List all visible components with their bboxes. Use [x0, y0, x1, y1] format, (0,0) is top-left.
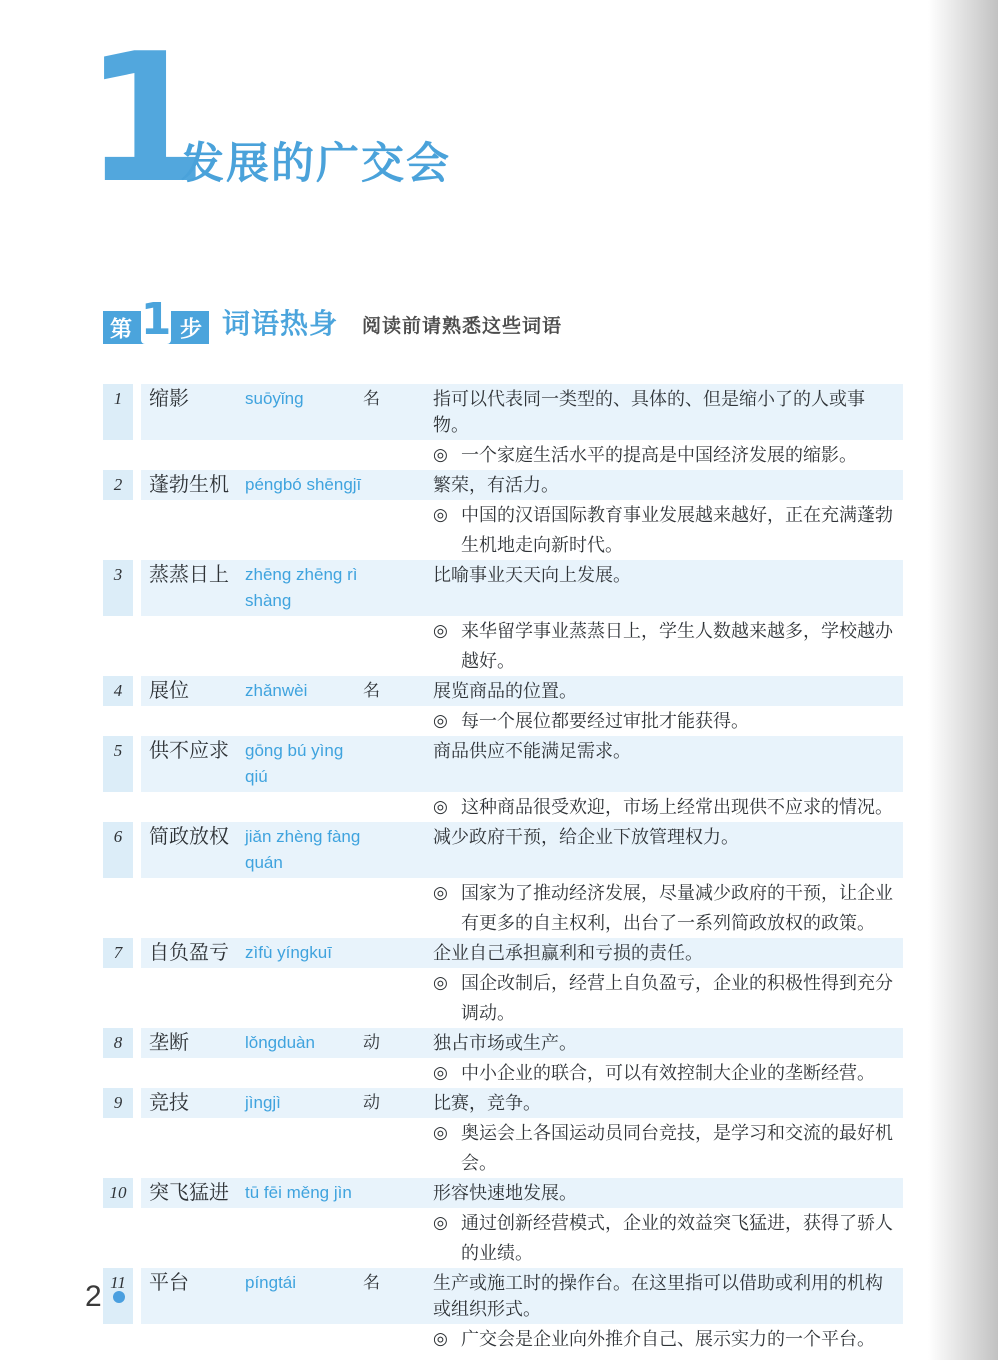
vocab-entry-row: 8 垄断 lǒngduàn 动 独占市场或生产。 — [103, 1028, 903, 1058]
entry-definition: 展览商品的位置。 — [433, 678, 903, 704]
vocab-entry: 4 展位 zhǎnwèi 名 展览商品的位置。 ◎ 每一个展位都要经过审批才能获… — [103, 676, 903, 736]
entry-band: 简政放权 jiǎn zhèng fàng quán 减少政府干预，给企业下放管理… — [141, 822, 903, 878]
entry-number: 7 — [114, 941, 123, 965]
entry-word: 垄断 — [149, 1030, 245, 1056]
entry-examples: ◎ 一个家庭生活水平的提高是中国经济发展的缩影。 — [433, 440, 903, 470]
entry-pinyin: zhǎnwèi — [245, 678, 363, 704]
entry-pinyin: jiǎn zhèng fàng quán — [245, 824, 363, 876]
example-sentence: ◎ 一个家庭生活水平的提高是中国经济发展的缩影。 — [433, 440, 903, 470]
entry-number-box: 5 — [103, 736, 133, 792]
entry-number: 3 — [114, 563, 123, 587]
vocab-entry: 6 简政放权 jiǎn zhèng fàng quán 减少政府干预，给企业下放… — [103, 822, 903, 938]
entry-definition: 繁荣，有活力。 — [433, 472, 903, 498]
example-sentence: ◎ 中国的汉语国际教育事业发展越来越好，正在充满蓬勃生机地走向新时代。 — [433, 500, 903, 560]
entry-part-of-speech: 名 — [363, 1270, 433, 1296]
entry-examples: ◎ 每一个展位都要经过审批才能获得。 — [433, 706, 903, 736]
example-sentence: ◎ 每一个展位都要经过审批才能获得。 — [433, 706, 903, 736]
entry-pinyin: píngtái — [245, 1270, 363, 1296]
entry-band: 蓬勃生机 péngbó shēngjī 繁荣，有活力。 — [141, 470, 903, 500]
entry-band: 自负盈亏 zìfù yíngkuī 企业自己承担赢利和亏损的责任。 — [141, 938, 903, 968]
entry-examples: ◎ 这种商品很受欢迎，市场上经常出现供不应求的情况。 — [433, 792, 903, 822]
entry-word: 缩影 — [149, 386, 245, 412]
vocab-entry-row: 2 蓬勃生机 péngbó shēngjī 繁荣，有活力。 — [103, 470, 903, 500]
example-text: 国家为了推动经济发展，尽量减少政府的干预，让企业有更多的自主权利，出台了一系列简… — [461, 878, 903, 938]
entry-band: 突飞猛进 tū fēi měng jìn 形容快速地发展。 — [141, 1178, 903, 1208]
vocab-list: 1 缩影 suōyǐng 名 指可以代表同一类型的、具体的、但是缩小了的人或事物… — [103, 384, 903, 1354]
entry-band: 供不应求 gōng bú yìng qiú 商品供应不能满足需求。 — [141, 736, 903, 792]
entry-word: 蓬勃生机 — [149, 472, 245, 498]
entry-band: 缩影 suōyǐng 名 指可以代表同一类型的、具体的、但是缩小了的人或事物。 — [141, 384, 903, 440]
vocab-entry-row: 4 展位 zhǎnwèi 名 展览商品的位置。 — [103, 676, 903, 706]
chapter-title: 发展的广交会 — [181, 130, 451, 191]
entry-pinyin: péngbó shēngjī — [245, 472, 363, 498]
entry-definition: 独占市场或生产。 — [433, 1030, 903, 1056]
entry-word: 竞技 — [149, 1090, 245, 1116]
step-header: 第 1 步 词语热身 阅读前请熟悉这些词语 — [103, 289, 562, 344]
example-marker-icon: ◎ — [433, 968, 461, 1028]
step-subtitle: 阅读前请熟悉这些词语 — [362, 311, 562, 344]
entry-number: 8 — [114, 1031, 123, 1055]
entry-number-box: 1 — [103, 384, 133, 440]
example-marker-icon: ◎ — [433, 706, 461, 736]
vocab-entry: 5 供不应求 gōng bú yìng qiú 商品供应不能满足需求。 ◎ 这种… — [103, 736, 903, 822]
entry-word: 突飞猛进 — [149, 1180, 245, 1206]
entry-word: 蒸蒸日上 — [149, 562, 245, 588]
vocab-entry-row: 7 自负盈亏 zìfù yíngkuī 企业自己承担赢利和亏损的责任。 — [103, 938, 903, 968]
vocab-entry: 8 垄断 lǒngduàn 动 独占市场或生产。 ◎ 中小企业的联合，可以有效控… — [103, 1028, 903, 1088]
example-marker-icon: ◎ — [433, 1208, 461, 1268]
example-marker-icon: ◎ — [433, 440, 461, 470]
example-text: 这种商品很受欢迎，市场上经常出现供不应求的情况。 — [461, 792, 903, 822]
entry-definition: 形容快速地发展。 — [433, 1180, 903, 1206]
example-sentence: ◎ 中小企业的联合，可以有效控制大企业的垄断经营。 — [433, 1058, 903, 1088]
entry-examples: ◎ 国家为了推动经济发展，尽量减少政府的干预，让企业有更多的自主权利，出台了一系… — [433, 878, 903, 938]
entry-word: 自负盈亏 — [149, 940, 245, 966]
vocab-entry: 11 平台 píngtái 名 生产或施工时的操作台。在这里指可以借助或利用的机… — [103, 1268, 903, 1354]
step-badge: 第 1 步 — [103, 311, 209, 344]
example-text: 国企改制后，经营上自负盈亏，企业的积极性得到充分调动。 — [461, 968, 903, 1028]
vocab-entry: 10 突飞猛进 tū fēi měng jìn 形容快速地发展。 ◎ 通过创新经… — [103, 1178, 903, 1268]
entry-band: 竞技 jìngjì 动 比赛，竞争。 — [141, 1088, 903, 1118]
entry-examples: ◎ 来华留学事业蒸蒸日上，学生人数越来越多，学校越办越好。 — [433, 616, 903, 676]
entry-definition: 比喻事业天天向上发展。 — [433, 562, 903, 588]
entry-examples: ◎ 奥运会上各国运动员同台竞技，是学习和交流的最好机会。 — [433, 1118, 903, 1178]
vocab-entry-row: 3 蒸蒸日上 zhēng zhēng rì shàng 比喻事业天天向上发展。 — [103, 560, 903, 616]
example-marker-icon: ◎ — [433, 1058, 461, 1088]
example-text: 中小企业的联合，可以有效控制大企业的垄断经营。 — [461, 1058, 903, 1088]
entry-examples: ◎ 通过创新经营模式，企业的效益突飞猛进，获得了骄人的业绩。 — [433, 1208, 903, 1268]
example-marker-icon: ◎ — [433, 1324, 461, 1354]
entry-number-box: 10 — [103, 1178, 133, 1208]
entry-definition: 指可以代表同一类型的、具体的、但是缩小了的人或事物。 — [433, 386, 903, 438]
entry-number-box: 7 — [103, 938, 133, 968]
example-text: 广交会是企业向外推介自己、展示实力的一个平台。 — [461, 1324, 903, 1354]
example-text: 每一个展位都要经过审批才能获得。 — [461, 706, 903, 736]
vocab-entry-row: 5 供不应求 gōng bú yìng qiú 商品供应不能满足需求。 — [103, 736, 903, 792]
entry-pinyin: suōyǐng — [245, 386, 363, 412]
entry-band: 垄断 lǒngduàn 动 独占市场或生产。 — [141, 1028, 903, 1058]
entry-pinyin: lǒngduàn — [245, 1030, 363, 1056]
example-sentence: ◎ 通过创新经营模式，企业的效益突飞猛进，获得了骄人的业绩。 — [433, 1208, 903, 1268]
example-text: 通过创新经营模式，企业的效益突飞猛进，获得了骄人的业绩。 — [461, 1208, 903, 1268]
entry-band: 展位 zhǎnwèi 名 展览商品的位置。 — [141, 676, 903, 706]
entry-pinyin: gōng bú yìng qiú — [245, 738, 363, 790]
entry-part-of-speech: 名 — [363, 386, 433, 412]
entry-pinyin: zhēng zhēng rì shàng — [245, 562, 363, 614]
entry-word: 展位 — [149, 678, 245, 704]
entry-pinyin: tū fēi měng jìn — [245, 1180, 363, 1206]
step-suffix: 步 — [180, 312, 202, 343]
entry-number-box: 9 — [103, 1088, 133, 1118]
textbook-page: 1 发展的广交会 第 1 步 词语热身 阅读前请熟悉这些词语 1 缩影 suōy… — [0, 0, 998, 1360]
entry-number: 4 — [114, 679, 123, 703]
example-sentence: ◎ 国企改制后，经营上自负盈亏，企业的积极性得到充分调动。 — [433, 968, 903, 1028]
example-sentence: ◎ 广交会是企业向外推介自己、展示实力的一个平台。 — [433, 1324, 903, 1354]
vocab-entry-row: 11 平台 píngtái 名 生产或施工时的操作台。在这里指可以借助或利用的机… — [103, 1268, 903, 1324]
entry-number: 1 — [114, 387, 123, 411]
vocab-entry: 2 蓬勃生机 péngbó shēngjī 繁荣，有活力。 ◎ 中国的汉语国际教… — [103, 470, 903, 560]
page-number: 2 — [85, 1280, 102, 1314]
example-sentence: ◎ 国家为了推动经济发展，尽量减少政府的干预，让企业有更多的自主权利，出台了一系… — [433, 878, 903, 938]
entry-examples: ◎ 国企改制后，经营上自负盈亏，企业的积极性得到充分调动。 — [433, 968, 903, 1028]
entry-band: 平台 píngtái 名 生产或施工时的操作台。在这里指可以借助或利用的机构或组… — [141, 1268, 903, 1324]
entry-part-of-speech: 名 — [363, 678, 433, 704]
entry-word: 平台 — [149, 1270, 245, 1296]
example-text: 奥运会上各国运动员同台竞技，是学习和交流的最好机会。 — [461, 1118, 903, 1178]
entry-number-box: 4 — [103, 676, 133, 706]
entry-band: 蒸蒸日上 zhēng zhēng rì shàng 比喻事业天天向上发展。 — [141, 560, 903, 616]
entry-number: 5 — [114, 739, 123, 763]
step-number: 1 — [141, 296, 172, 344]
example-text: 中国的汉语国际教育事业发展越来越好，正在充满蓬勃生机地走向新时代。 — [461, 500, 903, 560]
example-sentence: ◎ 奥运会上各国运动员同台竞技，是学习和交流的最好机会。 — [433, 1118, 903, 1178]
example-marker-icon: ◎ — [433, 792, 461, 822]
entry-number-box: 6 — [103, 822, 133, 878]
page-dot-icon — [113, 1291, 125, 1303]
example-text: 一个家庭生活水平的提高是中国经济发展的缩影。 — [461, 440, 903, 470]
entry-examples: ◎ 中国的汉语国际教育事业发展越来越好，正在充满蓬勃生机地走向新时代。 — [433, 500, 903, 560]
entry-definition: 企业自己承担赢利和亏损的责任。 — [433, 940, 903, 966]
example-sentence: ◎ 这种商品很受欢迎，市场上经常出现供不应求的情况。 — [433, 792, 903, 822]
vocab-entry-row: 10 突飞猛进 tū fēi měng jìn 形容快速地发展。 — [103, 1178, 903, 1208]
entry-word: 简政放权 — [149, 824, 245, 850]
entry-definition: 比赛，竞争。 — [433, 1090, 903, 1116]
entry-definition: 生产或施工时的操作台。在这里指可以借助或利用的机构或组织形式。 — [433, 1270, 903, 1322]
vocab-entry: 9 竞技 jìngjì 动 比赛，竞争。 ◎ 奥运会上各国运动员同台竞技，是学习… — [103, 1088, 903, 1178]
example-sentence: ◎ 来华留学事业蒸蒸日上，学生人数越来越多，学校越办越好。 — [433, 616, 903, 676]
entry-number-box: 3 — [103, 560, 133, 616]
entry-pinyin: zìfù yíngkuī — [245, 940, 363, 966]
entry-word: 供不应求 — [149, 738, 245, 764]
vocab-entry: 7 自负盈亏 zìfù yíngkuī 企业自己承担赢利和亏损的责任。 ◎ 国企… — [103, 938, 903, 1028]
entry-number-box: 2 — [103, 470, 133, 500]
entry-pinyin: jìngjì — [245, 1090, 363, 1116]
example-marker-icon: ◎ — [433, 616, 461, 676]
example-marker-icon: ◎ — [433, 878, 461, 938]
entry-definition: 商品供应不能满足需求。 — [433, 738, 903, 764]
entry-number: 10 — [110, 1181, 127, 1205]
example-marker-icon: ◎ — [433, 500, 461, 560]
entry-number: 2 — [114, 473, 123, 497]
entry-examples: ◎ 中小企业的联合，可以有效控制大企业的垄断经营。 — [433, 1058, 903, 1088]
entry-number: 6 — [114, 825, 123, 849]
vocab-entry-row: 1 缩影 suōyǐng 名 指可以代表同一类型的、具体的、但是缩小了的人或事物… — [103, 384, 903, 440]
entry-number: 9 — [114, 1091, 123, 1115]
vocab-entry: 3 蒸蒸日上 zhēng zhēng rì shàng 比喻事业天天向上发展。 … — [103, 560, 903, 676]
step-title: 词语热身 — [222, 302, 338, 344]
page-edge-shadow — [928, 0, 998, 1360]
entry-examples: ◎ 广交会是企业向外推介自己、展示实力的一个平台。 — [433, 1324, 903, 1354]
entry-number-box: 8 — [103, 1028, 133, 1058]
vocab-entry: 1 缩影 suōyǐng 名 指可以代表同一类型的、具体的、但是缩小了的人或事物… — [103, 384, 903, 470]
vocab-entry-row: 9 竞技 jìngjì 动 比赛，竞争。 — [103, 1088, 903, 1118]
example-text: 来华留学事业蒸蒸日上，学生人数越来越多，学校越办越好。 — [461, 616, 903, 676]
entry-definition: 减少政府干预，给企业下放管理权力。 — [433, 824, 903, 850]
vocab-entry-row: 6 简政放权 jiǎn zhèng fàng quán 减少政府干预，给企业下放… — [103, 822, 903, 878]
entry-part-of-speech: 动 — [363, 1030, 433, 1056]
entry-part-of-speech: 动 — [363, 1090, 433, 1116]
step-prefix: 第 — [110, 312, 132, 343]
step-number-panel: 1 — [141, 291, 171, 344]
example-marker-icon: ◎ — [433, 1118, 461, 1178]
page-footer: 2 — [85, 1280, 125, 1314]
